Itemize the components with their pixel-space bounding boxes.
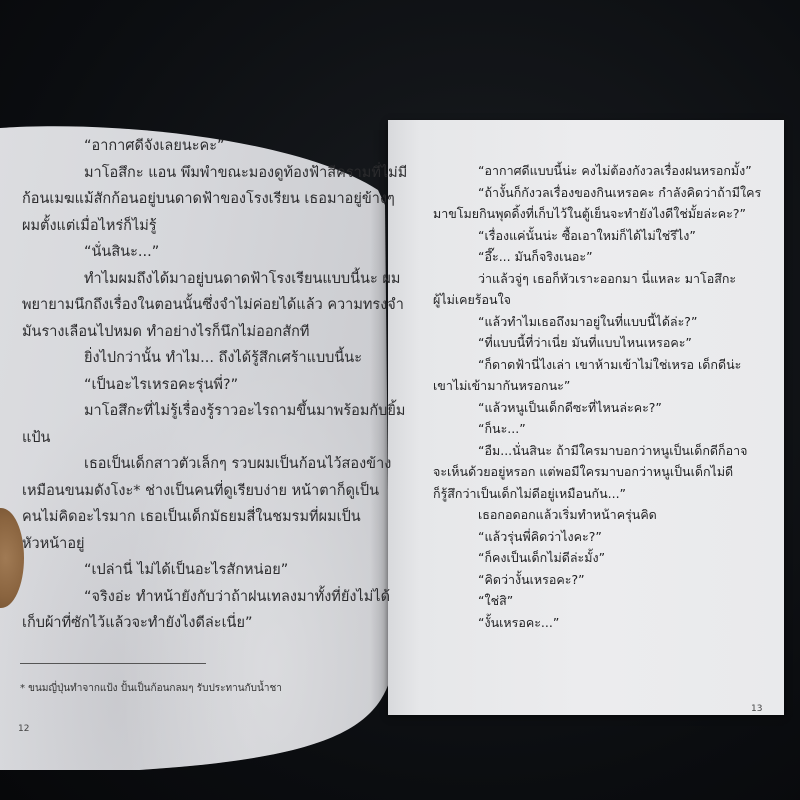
paragraph: “อากาศดีแบบนี้น่ะ คงไม่ต้องกังวลเรื่องฝน… [433, 160, 753, 182]
paragraph: เก็บผ้าที่ซักไว้แล้วจะทำยังไงดีล่ะเนี่ย” [22, 610, 362, 637]
paragraph: ก็รู้สึกว่าเป็นเด็กไม่ดีอยู่เหมือนกัน...… [433, 483, 753, 505]
paragraph: เธอเป็นเด็กสาวตัวเล็กๆ รวบผมเป็นก้อนไว้ส… [22, 451, 362, 478]
paragraph: “ใช่สิ” [433, 590, 753, 612]
paragraph: “ถ้างั้นก็กังวลเรื่องของกินเหรอคะ กำลังค… [433, 182, 753, 204]
paragraph: มาโอสึกะ แอน พึมพำขณะมองดูท้องฟ้าสีครามท… [22, 160, 362, 187]
paragraph: แป้น [22, 425, 362, 452]
paragraph: คนไม่คิดอะไรมาก เธอเป็นเด็กมัธยมสี่ในชมร… [22, 504, 362, 531]
paragraph: ทำไมผมถึงได้มาอยู่บนดาดฟ้าโรงเรียนแบบนี้… [22, 266, 362, 293]
paragraph: “เปล่านี่ ไม่ได้เป็นอะไรสักหน่อย” [22, 557, 362, 584]
left-page-text: “อากาศดีจังเลยนะคะ” มาโอสึกะ แอน พึมพำขณ… [22, 133, 362, 637]
paragraph: เหมือนขนมดังโงะ* ช่างเป็นคนที่ดูเรียบง่า… [22, 478, 362, 505]
paragraph: “เป็นอะไรเหรอคะรุ่นพี่?” [22, 372, 362, 399]
paragraph: “แล้วทำไมเธอถึงมาอยู่ในที่แบบนี้ได้ล่ะ?” [433, 311, 753, 333]
paragraph: “เรื่องแค่นั้นน่ะ ซื้อเอาใหม่ก็ได้ไม่ใช่… [433, 225, 753, 247]
paragraph: “คิดว่างั้นเหรอคะ?” [433, 569, 753, 591]
paragraph: เขาไม่เข้ามากันหรอกนะ” [433, 375, 753, 397]
paragraph: “แล้วรุ่นพี่คิดว่าไงคะ?” [433, 526, 753, 548]
paragraph: “นั่นสินะ...” [22, 239, 362, 266]
paragraph: “อึ๊ะ... มันก็จริงเนอะ” [433, 246, 753, 268]
paragraph: ก้อนเมฆแม้สักก้อนอยู่บนดาดฟ้าของโรงเรียน… [22, 186, 362, 213]
paragraph: “ก็ดาดฟ้านี่ไงเล่า เขาห้ามเข้าไม่ใช่เหรอ… [433, 354, 753, 376]
paragraph: “แล้วหนูเป็นเด็กดีซะที่ไหนล่ะคะ?” [433, 397, 753, 419]
paragraph: มาขโมยกินพุดดิ้งที่เก็บไว้ในตู้เย็นจะทำย… [433, 203, 753, 225]
paragraph: “ก็คงเป็นเด็กไม่ดีล่ะมั้ง” [433, 547, 753, 569]
footnote: * ขนมญี่ปุ่นทำจากแป้ง ปั้นเป็นก้อนกลมๆ ร… [20, 681, 282, 696]
page-number-left: 12 [18, 724, 29, 734]
paragraph: “จริงอ่ะ ทำหน้ายังกับว่าถ้าฝนเทลงมาทั้งท… [22, 584, 362, 611]
paragraph: เธอกอดอกแล้วเริ่มทำหน้าครุ่นคิด [433, 504, 753, 526]
paragraph: “งั้นเหรอคะ...” [433, 612, 753, 634]
paragraph: มันรางเลือนไปหมด ทำอย่างไรก็นึกไม่ออกสัก… [22, 319, 362, 346]
paragraph: มาโอสึกะที่ไม่รู้เรื่องรู้ราวอะไรถามขึ้น… [22, 398, 362, 425]
paragraph: “อืม...นั่นสินะ ถ้ามีใครมาบอกว่าหนูเป็นเ… [433, 440, 753, 462]
paragraph: ว่าแล้วจู่ๆ เธอก็หัวเราะออกมา นี่แหละ มา… [433, 268, 753, 290]
paragraph: “ก็นะ...” [433, 418, 753, 440]
paragraph: “อากาศดีจังเลยนะคะ” [22, 133, 362, 160]
paragraph: ผมตั้งแต่เมื่อไหร่ก็ไม่รู้ [22, 213, 362, 240]
paragraph: หัวหน้าอยู่ [22, 531, 362, 558]
paragraph: ยิ่งไปกว่านั้น ทำไม... ถึงได้รู้สึกเศร้า… [22, 345, 362, 372]
footnote-divider [20, 663, 206, 664]
paragraph: ผู้ไม่เคยร้อนใจ [433, 289, 753, 311]
page-number-right: 13 [751, 704, 762, 714]
paragraph: พยายามนึกถึงเรื่องในตอนนั้นซึ่งจำไม่ค่อย… [22, 292, 362, 319]
paragraph: จะเห็นด้วยอยู่หรอก แต่พอมีใครมาบอกว่าหนู… [433, 461, 753, 483]
right-page-text: “อากาศดีแบบนี้น่ะ คงไม่ต้องกังวลเรื่องฝน… [433, 160, 753, 633]
paragraph: “ที่แบบนี้ที่ว่าเนี่ย มันที่แบบไหนเหรอคะ… [433, 332, 753, 354]
